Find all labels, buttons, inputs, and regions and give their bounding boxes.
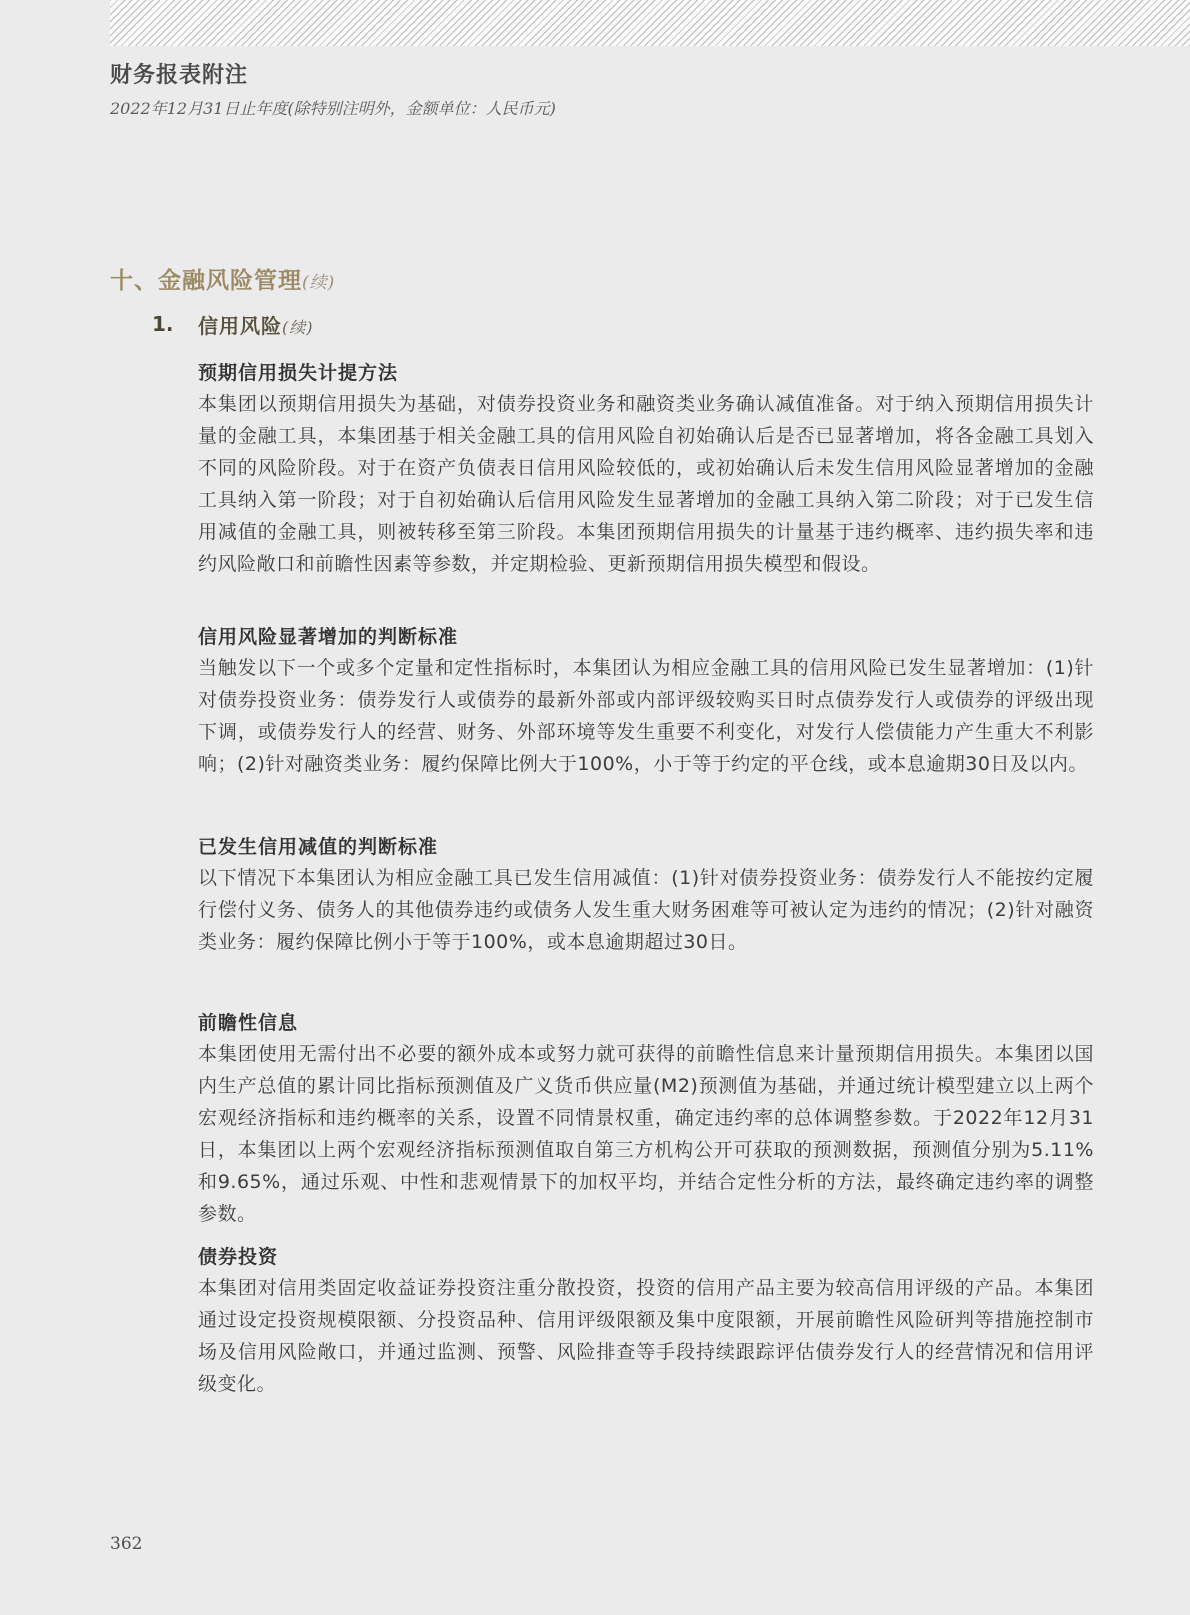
diagonal-hatch-band [110, 0, 1190, 46]
document-title: 财务报表附注 [110, 58, 248, 89]
report-page: 财务报表附注 2022年12月31日止年度(除特别注明外，金额单位：人民币元) … [0, 0, 1190, 1615]
subsection-number: 1. [152, 312, 174, 336]
section-title-suffix: (续) [302, 273, 335, 293]
paragraph-bond-investment: 本集团对信用类固定收益证券投资注重分散投资，投资的信用产品主要为较高信用评级的产… [198, 1272, 1094, 1400]
block-heading-credit-impairment-criteria: 已发生信用减值的判断标准 [198, 832, 1094, 859]
block-heading-forward-looking-information: 前瞻性信息 [198, 1008, 1094, 1035]
block-heading-bond-investment: 债券投资 [198, 1242, 1094, 1269]
page-number: 362 [110, 1534, 142, 1554]
block-heading-expected-credit-loss-method: 预期信用损失计提方法 [198, 358, 1094, 385]
paragraph-forward-looking-information: 本集团使用无需付出不必要的额外成本或努力就可获得的前瞻性信息来计量预期信用损失。… [198, 1038, 1094, 1230]
subsection-heading: 信用风险(续) [198, 310, 314, 339]
subsection-title-suffix: (续) [282, 318, 314, 337]
paragraph-significant-increase-criteria: 当触发以下一个或多个定量和定性指标时，本集团认为相应金融工具的信用风险已发生显著… [198, 652, 1094, 780]
section-heading: 十、金融风险管理(续) [110, 262, 335, 295]
subsection-title: 信用风险 [198, 314, 282, 338]
block-heading-significant-increase-criteria: 信用风险显著增加的判断标准 [198, 622, 1094, 649]
paragraph-credit-impairment-criteria: 以下情况下本集团认为相应金融工具已发生信用减值：(1)针对债券投资业务：债券发行… [198, 862, 1094, 958]
section-title: 十、金融风险管理 [110, 268, 302, 294]
paragraph-expected-credit-loss-method: 本集团以预期信用损失为基础，对债券投资业务和融资类业务确认减值准备。对于纳入预期… [198, 388, 1094, 580]
document-subtitle: 2022年12月31日止年度(除特别注明外，金额单位：人民币元) [110, 96, 556, 119]
